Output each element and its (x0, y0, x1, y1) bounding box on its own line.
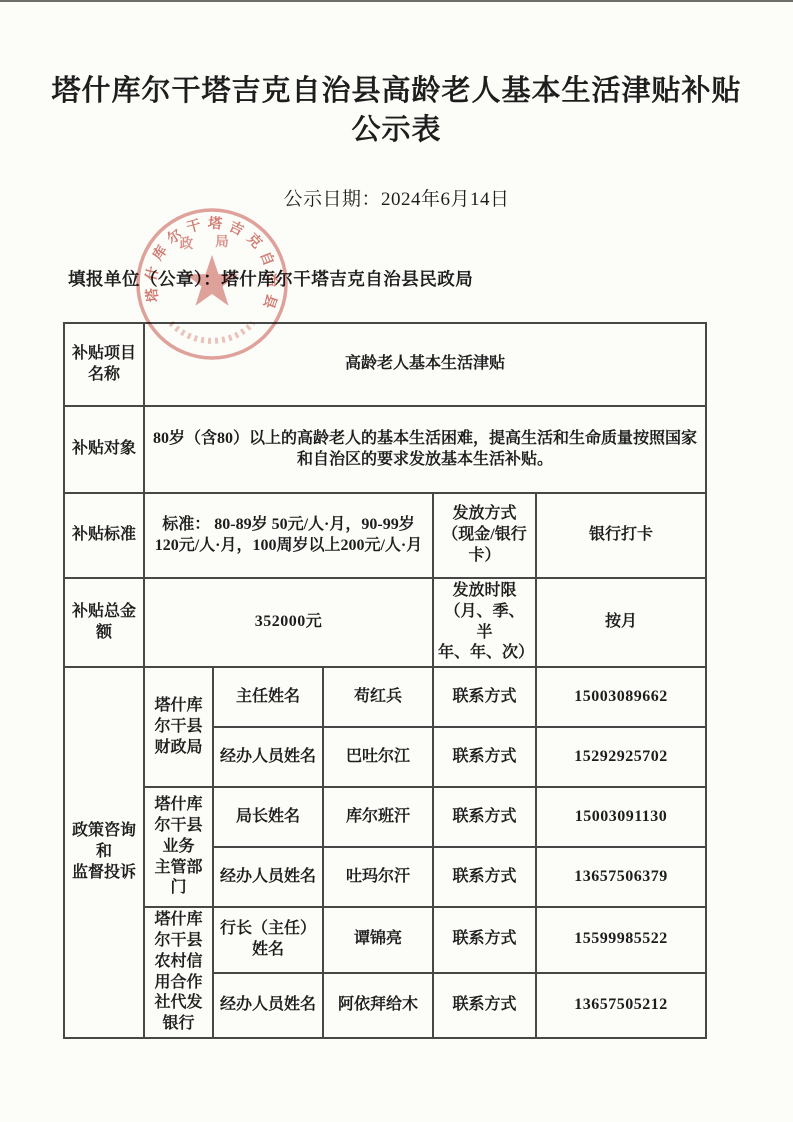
phone-number: 15599985522 (536, 907, 706, 972)
subsidy-standard-label: 补贴标准 (64, 493, 144, 578)
row-subsidy-target: 补贴对象 80岁（含80）以上的高龄老人的基本生活困难，提高生活和生命质量按照国… (64, 406, 706, 493)
seal-center-text: 政 局 (180, 234, 229, 251)
scanned-document-page: 塔什库尔干塔吉克自治县高龄老人基本生活津贴补贴 公示表 公示日期：2024年6月… (0, 0, 793, 1122)
seal-center-char-right: 局 (215, 234, 229, 249)
contact-row: 塔什库 尔干县 业务 主管部 门 局长姓名 库尔班汗 联系方式 15003091… (64, 787, 706, 847)
payment-method-value: 银行打卡 (536, 493, 706, 578)
org-name-finance-bureau: 塔什库 尔干县 财政局 (144, 667, 213, 787)
role-label: 经办人员姓名 (213, 973, 323, 1038)
role-label: 经办人员姓名 (213, 847, 323, 907)
row-subsidy-standard: 补贴标准 标准： 80-89岁 50元/人·月，90-99岁 120元/人·月，… (64, 493, 706, 578)
org-name-competent-department: 塔什库 尔干县 业务 主管部 门 (144, 787, 213, 907)
project-name-value: 高龄老人基本生活津贴 (144, 323, 706, 406)
phone-number: 15292925702 (536, 727, 706, 787)
reporting-unit-line: 填报单位（公章）：塔什库尔干塔吉克自治县民政局 (68, 266, 473, 291)
contact-row: 政策咨询 和 监督投诉 塔什库 尔干县 财政局 主任姓名 苟红兵 联系方式 15… (64, 667, 706, 727)
document-title: 塔什库尔干塔吉克自治县高龄老人基本生活津贴补贴 公示表 (0, 72, 793, 150)
seal-center-char-left: 政 (180, 235, 194, 251)
payment-period-value: 按月 (536, 578, 706, 667)
phone-number: 15003089662 (536, 667, 706, 727)
phone-number: 15003091130 (536, 787, 706, 847)
publish-date-line: 公示日期：2024年6月14日 (0, 184, 793, 211)
total-amount-value: 352000元 (144, 578, 433, 667)
role-label: 行长（主任） 姓名 (213, 907, 323, 972)
contact-label: 联系方式 (433, 727, 536, 787)
person-name: 阿依拜给木 (323, 973, 433, 1038)
row-total-amount: 补贴总金 额 352000元 发放时限 （月、季、半 年、年、次） 按月 (64, 578, 706, 667)
contact-label: 联系方式 (433, 973, 536, 1038)
contact-row: 塔什库 尔干县 农村信 用合作 社代发 银行 行长（主任） 姓名 谭锦亮 联系方… (64, 907, 706, 972)
role-label: 经办人员姓名 (213, 727, 323, 787)
org-name-rural-credit-bank: 塔什库 尔干县 农村信 用合作 社代发 银行 (144, 907, 213, 1038)
subsidy-public-notice-table: 补贴项目 名称 高龄老人基本生活津贴 补贴对象 80岁（含80）以上的高龄老人的… (63, 322, 707, 1039)
person-name: 库尔班汗 (323, 787, 433, 847)
phone-number: 13657505212 (536, 973, 706, 1038)
project-name-label: 补贴项目 名称 (64, 323, 144, 406)
role-label: 局长姓名 (213, 787, 323, 847)
subsidy-standard-value: 标准： 80-89岁 50元/人·月，90-99岁 120元/人·月，100周岁… (144, 493, 433, 578)
contact-label: 联系方式 (433, 907, 536, 972)
person-name: 巴吐尔江 (323, 727, 433, 787)
subsidy-target-value: 80岁（含80）以上的高龄老人的基本生活困难，提高生活和生命质量按照国家和自治区… (144, 406, 706, 493)
contact-label: 联系方式 (433, 787, 536, 847)
total-amount-label: 补贴总金 额 (64, 578, 144, 667)
contact-label: 联系方式 (433, 847, 536, 907)
person-name: 吐玛尔汗 (323, 847, 433, 907)
row-project-name: 补贴项目 名称 高龄老人基本生活津贴 (64, 323, 706, 406)
subsidy-target-label: 补贴对象 (64, 406, 144, 493)
person-name: 苟红兵 (323, 667, 433, 727)
phone-number: 13657506379 (536, 847, 706, 907)
consult-section-label: 政策咨询 和 监督投诉 (64, 667, 144, 1038)
payment-period-label: 发放时限 （月、季、半 年、年、次） (433, 578, 536, 667)
payment-method-label: 发放方式 （现金/银行 卡） (433, 493, 536, 578)
role-label: 主任姓名 (213, 667, 323, 727)
person-name: 谭锦亮 (323, 907, 433, 972)
scan-artifact-top-edge (0, 0, 793, 2)
contact-label: 联系方式 (433, 667, 536, 727)
